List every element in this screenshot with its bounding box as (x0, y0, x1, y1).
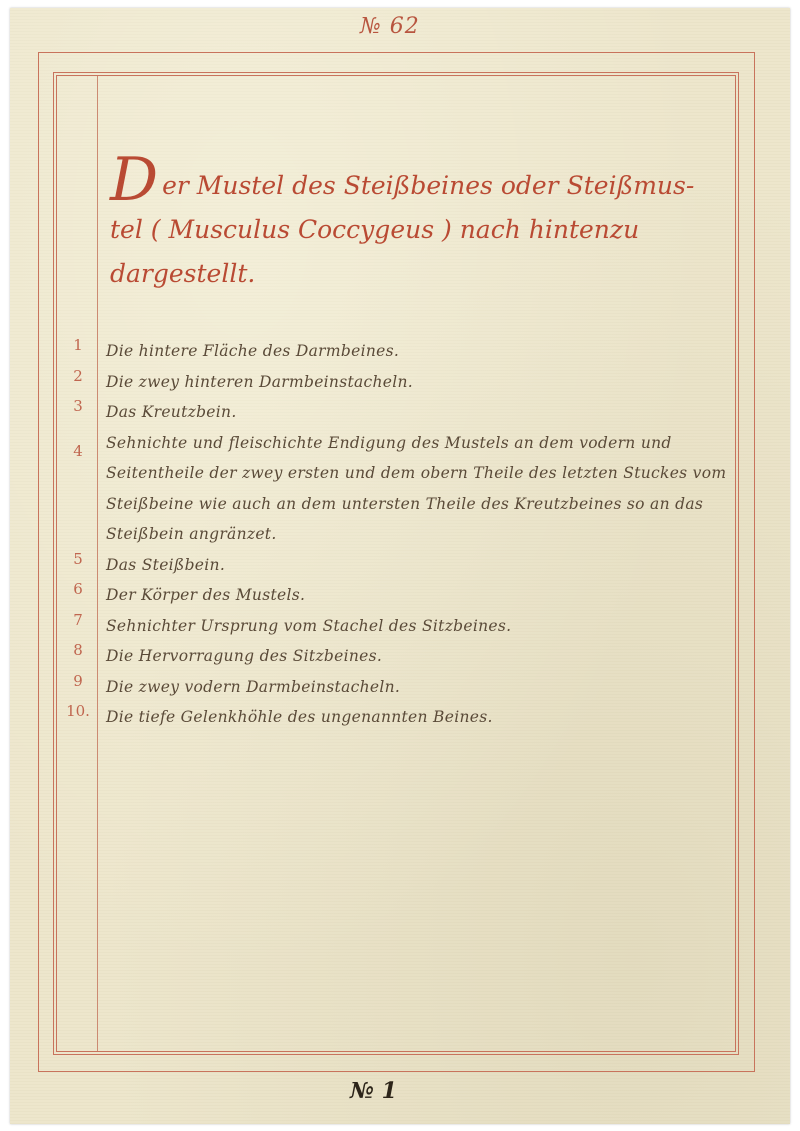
entry-number: 8 (60, 641, 96, 659)
entry-text: Die zwey hinteren Darmbeinstacheln. (106, 367, 740, 398)
entry-text: Sehnichter Ursprung vom Stachel des Sitz… (106, 611, 740, 642)
page-title: Der Mustel des Steißbeines oder Steißmus… (110, 160, 740, 296)
entry-number: 4 (60, 442, 96, 460)
legend-entry: 3 Das Kreutzbein. (60, 397, 740, 428)
entry-number: 2 (60, 367, 96, 385)
entry-text: Der Körper des Mustels. (106, 580, 740, 611)
entry-text: Die tiefe Gelenkhöhle des ungenannten Be… (106, 702, 740, 733)
entry-number: 1 (60, 336, 96, 354)
entry-number: 9 (60, 672, 96, 690)
signature-mark: № 1 (350, 1078, 397, 1104)
entry-text: Das Steißbein. (106, 550, 740, 581)
title-latin-name: Musculus Coccygeus (169, 215, 435, 244)
entry-text: Die Hervorragung des Sitzbeines. (106, 641, 740, 672)
legend-entry: 5 Das Steißbein. (60, 550, 740, 581)
entry-text: Die zwey vodern Darmbeinstacheln. (106, 672, 740, 703)
entry-text: Das Kreutzbein. (106, 397, 740, 428)
title-dropcap: D (110, 145, 158, 215)
legend-entry: 2 Die zwey hinteren Darmbeinstacheln. (60, 367, 740, 398)
legend-entry: 6 Der Körper des Mustels. (60, 580, 740, 611)
entry-number: 6 (60, 580, 96, 598)
legend-entry: 10. Die tiefe Gelenkhöhle des ungenannte… (60, 702, 740, 733)
entry-number: 5 (60, 550, 96, 568)
legend-entry: 9 Die zwey vodern Darmbeinstacheln. (60, 672, 740, 703)
page-number: № 62 (360, 14, 420, 39)
legend-entry: 7 Sehnichter Ursprung vom Stachel des Si… (60, 611, 740, 642)
title-line-1: er Mustel des Steißbeines oder Steißmus- (162, 171, 694, 200)
legend-entry: 4 Sehnichte und fleischichte Endigung de… (60, 428, 740, 550)
legend-entry: 8 Die Hervorragung des Sitzbeines. (60, 641, 740, 672)
entry-number: 3 (60, 397, 96, 415)
title-line-2-start: tel ( (110, 215, 161, 244)
legend-entry: 1 Die hintere Fläche des Darmbeines. (60, 336, 740, 367)
entry-number: 7 (60, 611, 96, 629)
legend-list: 1 Die hintere Fläche des Darmbeines. 2 D… (60, 336, 740, 733)
entry-text: Sehnichte und fleischichte Endigung des … (106, 428, 736, 550)
entry-text: Die hintere Fläche des Darmbeines. (106, 336, 740, 367)
entry-number: 10. (60, 702, 96, 720)
